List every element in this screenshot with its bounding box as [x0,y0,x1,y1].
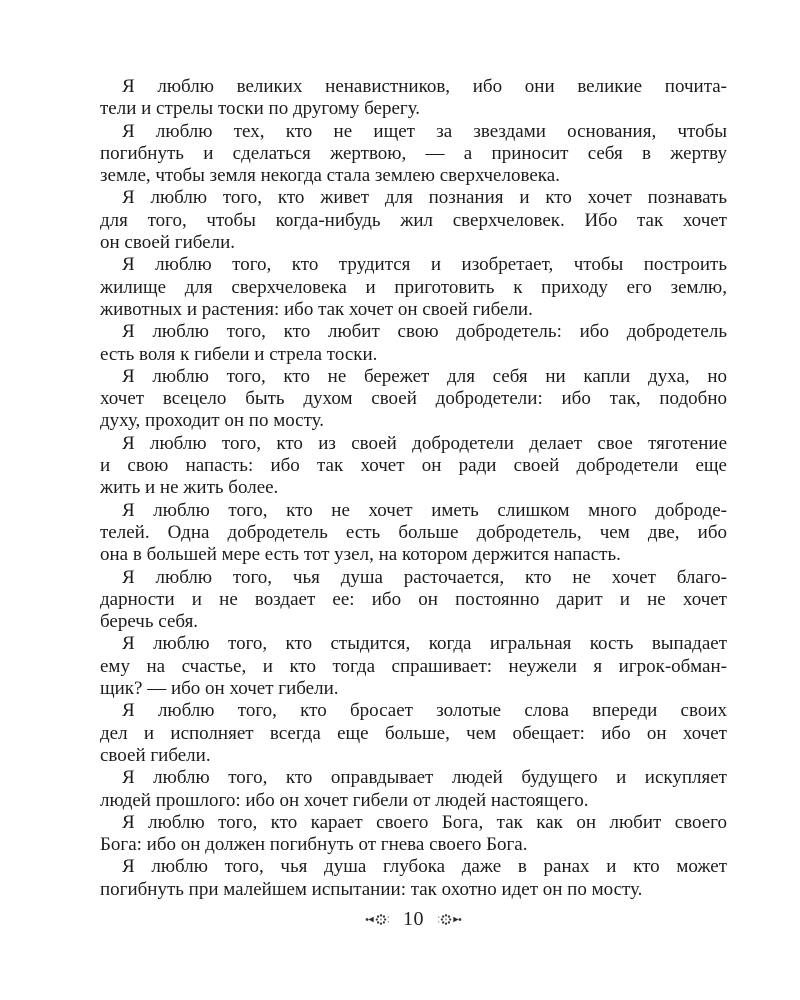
text-line: духу, проходит он по мосту. [100,410,727,432]
text-line: Я люблю того, кто оправдывает людей буду… [100,767,727,789]
paragraph: Я люблю тех, кто не ищет за звездами осн… [100,121,727,188]
text-line: хочет всецело быть духом своей добродете… [100,388,727,410]
text-line: есть воля к гибели и стрела тоски. [100,344,727,366]
paragraph: Я люблю того, кто не бережет для себя ни… [100,366,727,433]
fleuron-right-icon [437,912,462,927]
text-line: беречь себя. [100,611,727,633]
paragraph: Я люблю того, чья душа глубока даже в ра… [100,856,727,901]
text-line: Я люблю того, кто не бережет для себя ни… [100,366,727,388]
book-page: Я люблю великих ненавистников, ибо они в… [0,0,800,1000]
text-line: животных и растения: ибо так хочет он св… [100,299,727,321]
text-line: дарности и не воздает ее: ибо он постоян… [100,589,727,611]
paragraph: Я люблю того, кто стыдится, когда играль… [100,633,727,700]
text-line: она в большей мере есть тот узел, на кот… [100,544,727,566]
paragraph: Я люблю того, кто трудится и изобретает,… [100,254,727,321]
text-line: Я люблю тех, кто не ищет за звездами осн… [100,121,727,143]
text-line: Я люблю того, кто карает своего Бога, та… [100,812,727,834]
text-line: своей гибели. [100,745,727,767]
paragraph: Я люблю того, кто бросает золотые слова … [100,700,727,767]
text-line: Я люблю того, чья душа глубока даже в ра… [100,856,727,878]
text-line: и свою напасть: ибо так хочет он ради св… [100,455,727,477]
text-line: он своей гибели. [100,232,727,254]
paragraph: Я люблю великих ненавистников, ибо они в… [100,76,727,121]
text-line: Я люблю того, кто из своей добродетели д… [100,433,727,455]
text-line: Я люблю того, чья душа расточается, кто … [100,567,727,589]
text-line: Я люблю того, кто трудится и изобретает,… [100,254,727,276]
page-footer: 10 [100,908,727,931]
text-line: жилище для сверхчеловека и приготовить к… [100,277,727,299]
text-line: жить и не жить более. [100,477,727,499]
text-line: Я люблю того, кто любит свою добродетель… [100,321,727,343]
paragraph: Я люблю того, кто не хочет иметь слишком… [100,500,727,567]
text-block: Я люблю великих ненавистников, ибо они в… [100,76,727,901]
text-line: Я люблю того, кто живет для познания и к… [100,187,727,209]
text-line: дел и исполняет всегда еще больше, чем о… [100,723,727,745]
page-number: 10 [403,908,424,931]
fleuron-left-icon [365,912,390,927]
paragraph: Я люблю того, чья душа расточается, кто … [100,567,727,634]
text-line: Я люблю великих ненавистников, ибо они в… [100,76,727,98]
text-line: погибнуть при малейшем испытании: так ох… [100,879,727,901]
text-line: для того, чтобы когда-нибудь жил сверхче… [100,210,727,232]
text-line: Я люблю того, кто не хочет иметь слишком… [100,500,727,522]
paragraph: Я люблю того, кто из своей добродетели д… [100,433,727,500]
text-line: ему на счастье, и кто тогда спрашивает: … [100,656,727,678]
text-line: Я люблю того, кто стыдится, когда играль… [100,633,727,655]
text-line: Я люблю того, кто бросает золотые слова … [100,700,727,722]
paragraph: Я люблю того, кто любит свою добродетель… [100,321,727,366]
text-line: людей прошлого: ибо он хочет гибели от л… [100,790,727,812]
text-line: тели и стрелы тоски по другому берегу. [100,98,727,120]
text-line: земле, чтобы земля некогда стала землею … [100,165,727,187]
text-line: щик? — ибо он хочет гибели. [100,678,727,700]
text-line: Бога: ибо он должен погибнуть от гнева с… [100,834,727,856]
paragraph: Я люблю того, кто оправдывает людей буду… [100,767,727,812]
paragraph: Я люблю того, кто живет для познания и к… [100,187,727,254]
paragraph: Я люблю того, кто карает своего Бога, та… [100,812,727,857]
text-line: погибнуть и сделаться жертвою, — а прино… [100,143,727,165]
text-line: телей. Одна добродетель есть больше добр… [100,522,727,544]
